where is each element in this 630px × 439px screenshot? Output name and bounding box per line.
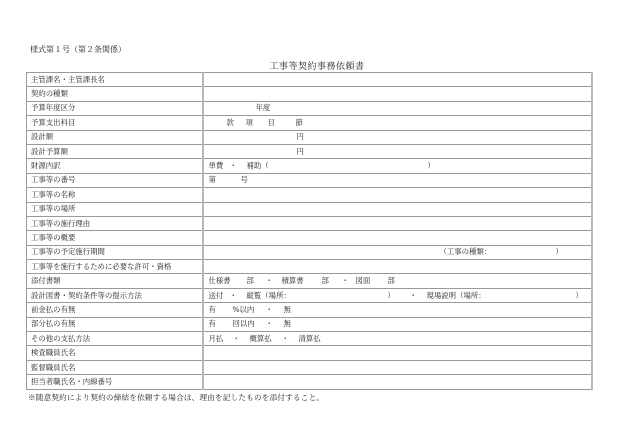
row-value-field[interactable]: 単費・補助（） bbox=[203, 159, 593, 173]
row-value-field[interactable]: 有回以内・無 bbox=[203, 317, 593, 331]
row-value-field[interactable]: 円 bbox=[203, 144, 593, 158]
value-segment: 無 bbox=[284, 319, 291, 329]
row-label: 工事等の名称 bbox=[27, 188, 203, 202]
row-label: 財源内訳 bbox=[27, 159, 203, 173]
row-value-field[interactable] bbox=[203, 260, 593, 274]
row-value-field[interactable] bbox=[203, 346, 593, 360]
value-segment: ） bbox=[388, 291, 395, 301]
value-segment: 部 bbox=[388, 276, 395, 286]
row-label: 添付書類 bbox=[27, 274, 203, 288]
row-label: 工事等を施行するために必要な許可・資格 bbox=[27, 260, 203, 274]
value-segment: 概算払 bbox=[250, 334, 272, 344]
value-segment: 無 bbox=[284, 305, 291, 315]
row-label: 予算支出科目 bbox=[27, 116, 203, 130]
row-label: 契約の種類 bbox=[27, 87, 203, 101]
row-value-field[interactable]: 年度 bbox=[203, 101, 593, 115]
value-segment: 単費 bbox=[209, 161, 224, 171]
form-title: 工事等契約事務依頼書 bbox=[0, 59, 630, 72]
value-segment: ） bbox=[576, 291, 583, 301]
form-row: 設計額円 bbox=[27, 130, 593, 144]
value-segment: ） bbox=[428, 161, 435, 171]
row-label: 検査職員氏名 bbox=[27, 346, 203, 360]
value-segment: 月払 bbox=[209, 334, 224, 344]
value-segment: 図面 bbox=[356, 276, 371, 286]
value-segment: 款 bbox=[227, 118, 234, 128]
row-label: 部分払の有無 bbox=[27, 317, 203, 331]
form-row: 設計図書・契約条件等の提示方法送付・縦覧（場所：）・現場説明（場所：） bbox=[27, 288, 593, 302]
form-row: 設計予算額円 bbox=[27, 144, 593, 158]
form-row: 財源内訳単費・補助（） bbox=[27, 159, 593, 173]
form-row: 工事等の場所 bbox=[27, 202, 593, 216]
row-label: その他の支払方法 bbox=[27, 332, 203, 346]
row-label: 設計予算額 bbox=[27, 144, 203, 158]
value-segment: 有 bbox=[209, 305, 216, 315]
form-body: 主管課名・主管課長名契約の種類予算年度区分年度予算支出科目款項目節設計額円設計予… bbox=[27, 73, 593, 390]
value-segment: 清算払 bbox=[299, 334, 321, 344]
form-row: 工事等を施行するために必要な許可・資格 bbox=[27, 260, 593, 274]
form-row: 契約の種類 bbox=[27, 87, 593, 101]
form-number: 様式第１号（第２条関係） bbox=[30, 44, 126, 55]
value-segment: 仕様書 bbox=[209, 276, 231, 286]
row-value-field[interactable]: 款項目節 bbox=[203, 116, 593, 130]
form-row: 予算支出科目款項目節 bbox=[27, 116, 593, 130]
value-segment: ） bbox=[556, 247, 563, 257]
value-segment: 送付 bbox=[209, 291, 224, 301]
row-label: 主管課名・主管課長名 bbox=[27, 73, 203, 87]
value-segment: 目 bbox=[268, 118, 275, 128]
value-segment: 円 bbox=[297, 147, 304, 157]
row-value-field[interactable]: 送付・縦覧（場所：）・現場説明（場所：） bbox=[203, 288, 593, 302]
value-segment: 回以内 bbox=[233, 319, 255, 329]
row-value-field[interactable]: 円 bbox=[203, 130, 593, 144]
value-segment: ・ bbox=[282, 334, 289, 344]
row-value-field[interactable] bbox=[203, 231, 593, 245]
value-segment: 現場説明（場所： bbox=[427, 291, 486, 301]
form-row: 工事等の番号第号 bbox=[27, 173, 593, 187]
request-form-table: 主管課名・主管課長名契約の種類予算年度区分年度予算支出科目款項目節設計額円設計予… bbox=[26, 72, 593, 390]
row-label: 工事等の概要 bbox=[27, 231, 203, 245]
row-value-field[interactable]: 有%以内・無 bbox=[203, 303, 593, 317]
row-value-field[interactable] bbox=[203, 375, 593, 389]
value-segment: ・ bbox=[342, 276, 349, 286]
row-label: 工事等の施行理由 bbox=[27, 216, 203, 230]
value-segment: 節 bbox=[296, 118, 303, 128]
form-row: 監督職員氏名 bbox=[27, 360, 593, 374]
form-row: 添付書類仕様書部・積算書部・図面部 bbox=[27, 274, 593, 288]
form-row: 担当者職氏名・内線番号 bbox=[27, 375, 593, 389]
value-segment: ・ bbox=[233, 334, 240, 344]
footnote: ※随意契約により契約の締結を依頼する場合は、理由を記したものを添付すること。 bbox=[28, 392, 324, 403]
row-label: 設計図書・契約条件等の提示方法 bbox=[27, 288, 203, 302]
value-segment: 有 bbox=[209, 319, 216, 329]
row-value-field[interactable] bbox=[203, 360, 593, 374]
row-value-field[interactable] bbox=[203, 202, 593, 216]
form-row: 主管課名・主管課長名 bbox=[27, 73, 593, 87]
value-segment: ・ bbox=[230, 291, 237, 301]
form-row: 前金払の有無有%以内・無 bbox=[27, 303, 593, 317]
value-segment: 円 bbox=[297, 132, 304, 142]
value-segment: （工事の種類： bbox=[440, 247, 492, 257]
row-label: 工事等の予定施行期間 bbox=[27, 245, 203, 259]
form-row: 工事等の名称 bbox=[27, 188, 593, 202]
value-segment: 号 bbox=[241, 175, 248, 185]
row-label: 予算年度区分 bbox=[27, 101, 203, 115]
row-value-field[interactable] bbox=[203, 188, 593, 202]
value-segment: 部 bbox=[322, 276, 329, 286]
row-label: 担当者職氏名・内線番号 bbox=[27, 375, 203, 389]
row-value-field[interactable] bbox=[203, 216, 593, 230]
value-segment: 縦覧（場所： bbox=[247, 291, 291, 301]
value-segment: 第 bbox=[209, 175, 216, 185]
value-segment: 積算書 bbox=[282, 276, 304, 286]
row-value-field[interactable]: （工事の種類：） bbox=[203, 245, 593, 259]
row-value-field[interactable] bbox=[203, 73, 593, 87]
value-segment: ・ bbox=[266, 319, 273, 329]
value-segment: 項 bbox=[246, 118, 253, 128]
form-row: 工事等の予定施行期間（工事の種類：） bbox=[27, 245, 593, 259]
form-row: 部分払の有無有回以内・無 bbox=[27, 317, 593, 331]
form-row: 検査職員氏名 bbox=[27, 346, 593, 360]
value-segment: 年度 bbox=[256, 103, 271, 113]
form-row: 予算年度区分年度 bbox=[27, 101, 593, 115]
row-value-field[interactable]: 第号 bbox=[203, 173, 593, 187]
value-segment: ・ bbox=[266, 305, 273, 315]
value-segment: ・ bbox=[410, 291, 417, 301]
row-label: 工事等の場所 bbox=[27, 202, 203, 216]
form-row: その他の支払方法月払・概算払・清算払 bbox=[27, 332, 593, 346]
form-row: 工事等の施行理由 bbox=[27, 216, 593, 230]
row-label: 工事等の番号 bbox=[27, 173, 203, 187]
value-segment: %以内 bbox=[233, 305, 255, 315]
row-value-field[interactable] bbox=[203, 87, 593, 101]
row-value-field[interactable]: 月払・概算払・清算払 bbox=[203, 332, 593, 346]
row-label: 前金払の有無 bbox=[27, 303, 203, 317]
row-label: 設計額 bbox=[27, 130, 203, 144]
row-label: 監督職員氏名 bbox=[27, 360, 203, 374]
value-segment: ・ bbox=[266, 276, 273, 286]
value-segment: ・ bbox=[230, 161, 237, 171]
form-row: 工事等の概要 bbox=[27, 231, 593, 245]
value-segment: 部 bbox=[247, 276, 254, 286]
value-segment: 補助（ bbox=[247, 161, 269, 171]
row-value-field[interactable]: 仕様書部・積算書部・図面部 bbox=[203, 274, 593, 288]
